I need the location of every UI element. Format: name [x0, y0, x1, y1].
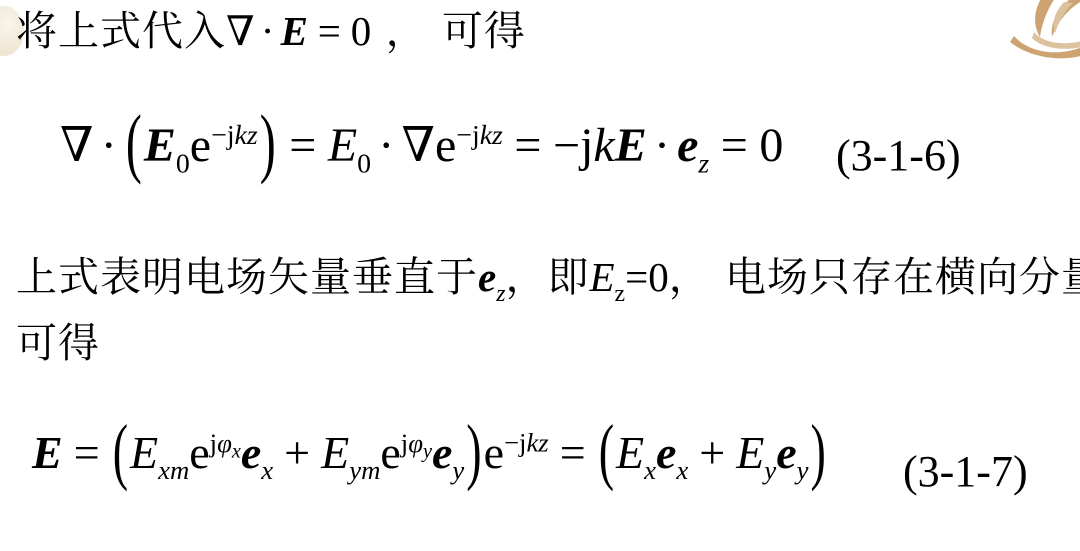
- equation-3-1-7-number: (3-1-7): [903, 444, 1028, 499]
- intro-text: 将上式代入∇·E=0，可得: [16, 6, 526, 57]
- equation-3-1-6: ∇·(E0e−jkz)=E0·∇e−jkz=−jkE·ez=0: [60, 116, 783, 182]
- explanation-text-line-1: 上式表明电场矢量垂直于ez，即Ez=0，电场只存在横向分量: [16, 252, 1080, 310]
- slide: 将上式代入∇·E=0，可得 ∇·(E0e−jkz)=E0·∇e−jkz=−jkE…: [0, 0, 1080, 551]
- explanation-text-line-2: 可得: [16, 318, 100, 369]
- swirl-brand-logo-icon: [988, 0, 1080, 72]
- equation-3-1-6-number: (3-1-6): [836, 128, 961, 183]
- equation-3-1-7: E=(Exmejφxex+Eymejφyey)e−jkz=(Exex+Eyey): [32, 424, 828, 488]
